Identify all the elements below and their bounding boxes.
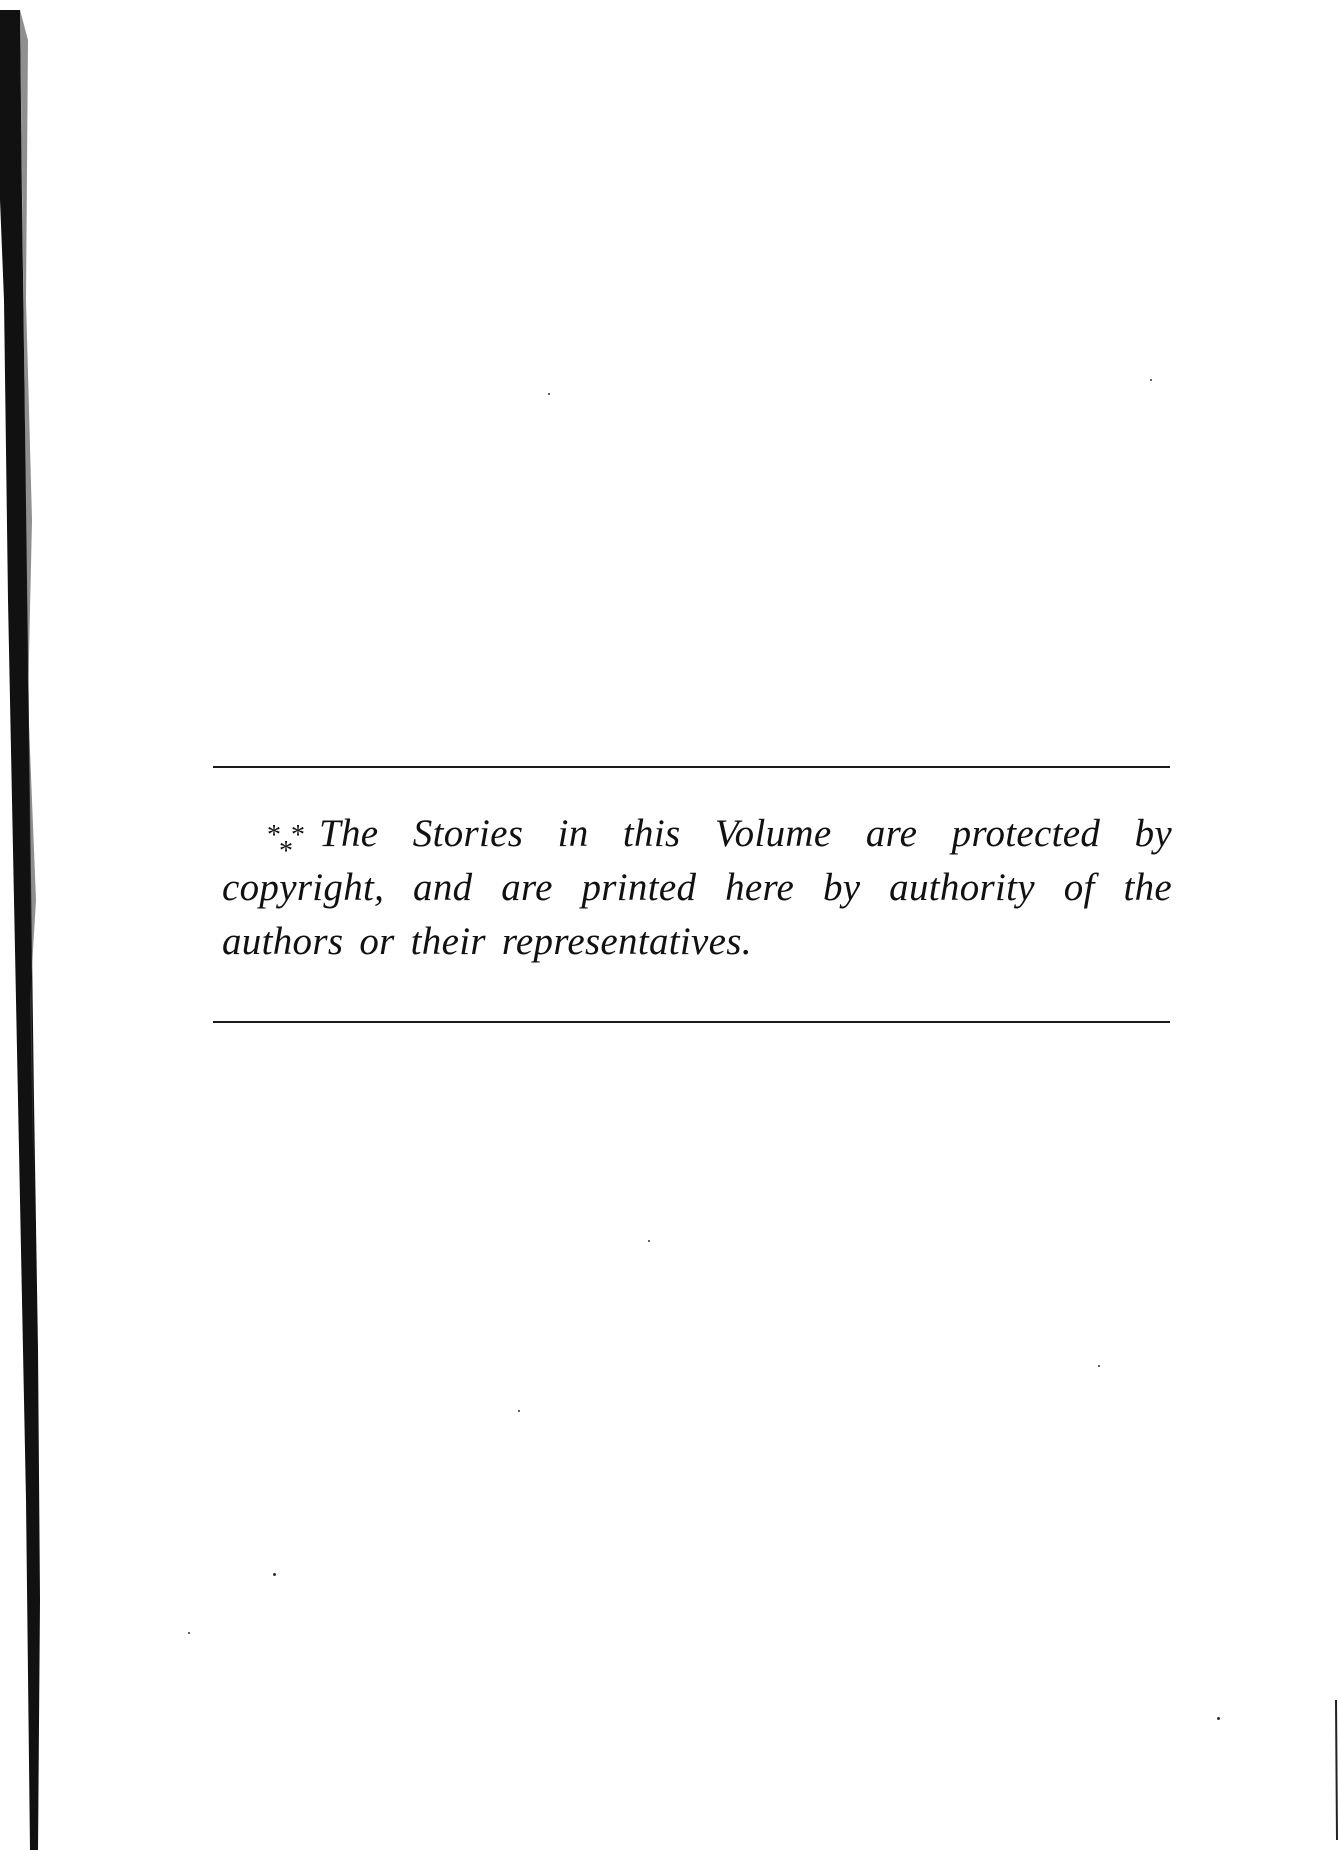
- page-edge-mark: [1333, 1700, 1339, 1840]
- notice-line-2: copyright, and are printed here by autho…: [222, 861, 1172, 915]
- top-rule: [213, 766, 1170, 768]
- paper-speck: [518, 1410, 520, 1412]
- paper-speck: [648, 1240, 650, 1242]
- notice-line-1: ***The Stories in this Volume are protec…: [222, 807, 1172, 861]
- bottom-rule: [213, 1021, 1170, 1023]
- paper-speck: [188, 1632, 190, 1634]
- paper-speck: [1150, 379, 1152, 381]
- copyright-notice: ***The Stories in this Volume are protec…: [222, 807, 1172, 969]
- notice-line-3: authors or their representatives.: [222, 915, 1172, 969]
- paper-speck: [548, 393, 550, 395]
- paper-speck: [1098, 1365, 1100, 1367]
- paper-speck: [273, 1573, 276, 1576]
- paper-speck: [1217, 1717, 1220, 1720]
- page-binding-shadow: [0, 0, 40, 1850]
- asterism-icon: ***: [267, 807, 311, 837]
